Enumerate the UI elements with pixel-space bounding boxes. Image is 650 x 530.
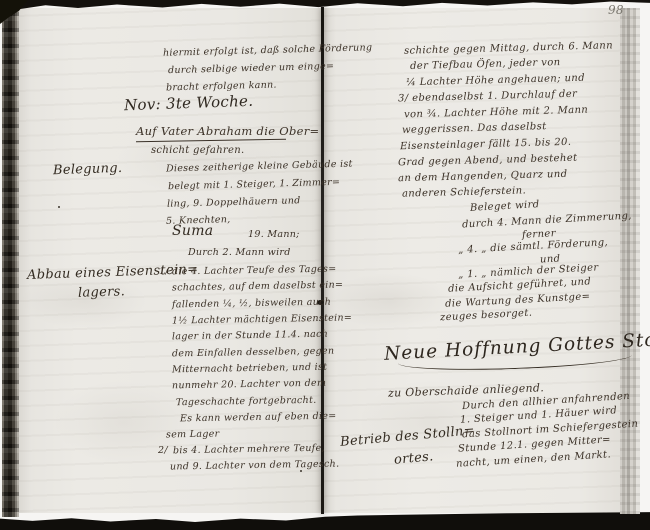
ink-speck [58,206,60,208]
entry-heading-line2: schicht gefahren. [151,146,244,156]
durch-line: Durch 2. Mann wird [188,248,291,258]
abbau-item1-line: nunmehr 20. Lachter von dem [172,379,326,391]
suma-label: Suma [172,224,213,238]
ink-speck [300,470,302,472]
item1-marker: 1/ [159,267,169,277]
item2-marker: 2/ [158,446,168,456]
margin-note-abbau-line2: lagers. [78,285,125,300]
abbau-item1-line: Tageschachte fortgebracht. [176,396,317,408]
margin-note-belegung: Belegung. [53,162,123,177]
book-bottom-edge [0,511,650,530]
abbau-item1-line: lager in der Stunde 11.4. nach [172,330,328,342]
margin-note-betrieb-line2: ortes. [394,450,435,466]
abbau-item2-line: bis 4. Lachter mehrere Teufe, [173,444,325,456]
week-heading: Nov: 3te Woche. [124,94,254,114]
entry-heading-line1: Auf Vater Abraham die Ober= [136,126,319,138]
book-gutter [321,7,324,514]
book-left-page-stack [2,5,19,517]
abbau-item1-cont-line: Es kann werden auf eben die= [180,412,337,424]
book-right-page-stack [620,8,640,514]
page-number: 98 [608,4,624,16]
abbau-item1-cont-line: sem Lager [166,430,220,440]
abbau-item1-line: Mitternacht betrieben, und ist [172,363,327,375]
manuscript-scan: hiermit erfolgt ist, daß solche Förderun… [0,0,650,530]
suma-value: 19. Mann; [248,230,300,240]
